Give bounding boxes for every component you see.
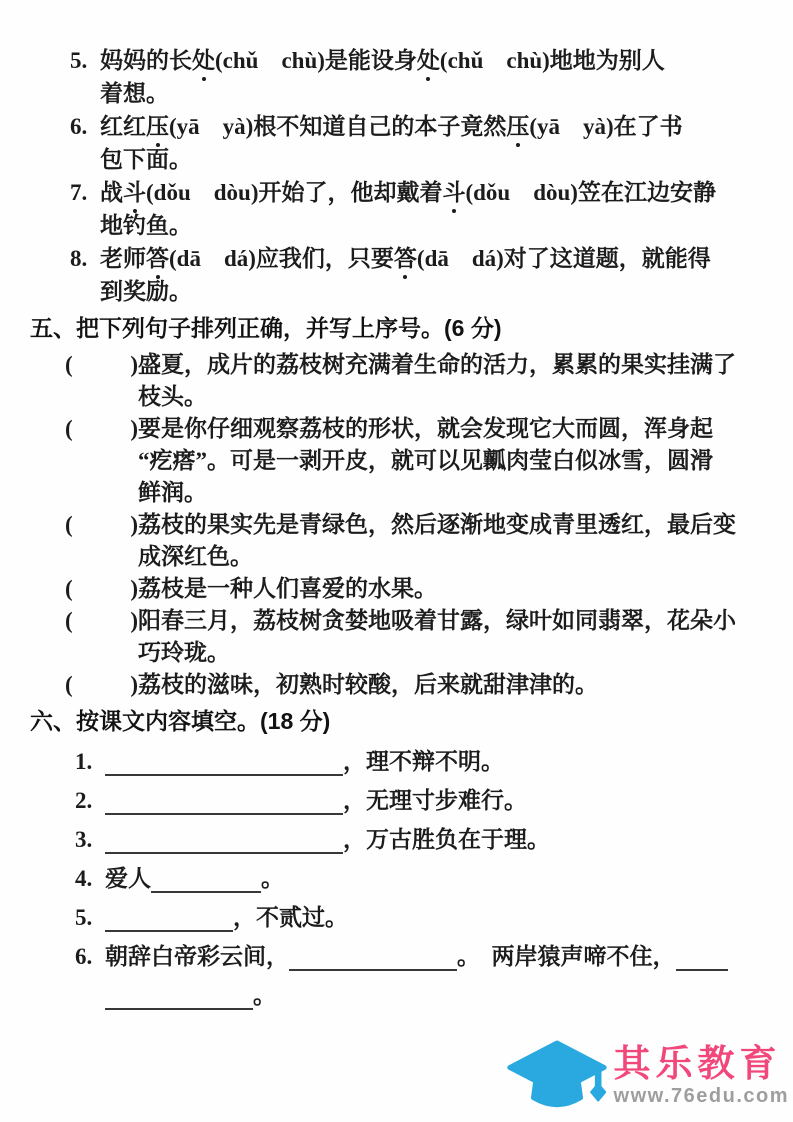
item-number: 5. (75, 898, 105, 937)
text-line: 3.，万古胜负在于理。 (30, 820, 773, 859)
text-line: ()荔枝的果实先是青绿色，然后逐渐地变成青里透红，最后变 (30, 509, 773, 541)
item-number: 8. (70, 242, 100, 275)
section-four-items: 5.妈妈的长处(chǔ chù)是能设身处(chǔ chù)地地为别人着想。6.… (30, 44, 773, 308)
text-line: 巧玲珑。 (30, 637, 773, 669)
question-item: ()荔枝的果实先是青绿色，然后逐渐地变成青里透红，最后变成深红色。 (30, 509, 773, 573)
question-item: ()要是你仔细观察荔枝的形状，就会发现它大而圆，浑身起“疙瘩”。可是一剥开皮，就… (30, 413, 773, 509)
item-number: 3. (75, 820, 105, 859)
answer-blank[interactable] (676, 947, 728, 971)
item-number: 6. (70, 110, 100, 143)
answer-parens[interactable]: () (65, 349, 138, 381)
emphasized-char: 压 (506, 110, 529, 143)
section-five-title: 五、把下列句子排列正确，并写上序号。(6 分) (30, 310, 773, 347)
text-line: ()盛夏，成片的荔枝树充满着生命的活力，累累的果实挂满了 (30, 349, 773, 381)
logo-url: www.76edu.com (614, 1084, 789, 1108)
question-item: 1.，理不辩不明。 (30, 742, 773, 781)
emphasized-char: 斗 (442, 176, 465, 209)
question-item: ()阳春三月，荔枝树贪婪地吸着甘露，绿叶如同翡翠，花朵小巧玲珑。 (30, 605, 773, 669)
question-item: 2.，无理寸步难行。 (30, 781, 773, 820)
emphasized-char: 压 (146, 110, 169, 143)
item-number: 6. (75, 937, 105, 976)
question-item: ()荔枝的滋味，初熟时较酸，后来就甜津津的。 (30, 669, 773, 701)
emphasized-char: 处 (192, 44, 215, 77)
text-line: 到奖励。 (30, 275, 773, 308)
text-line: 6.朝辞白帝彩云间，。 两岸猿声啼不住， (30, 937, 773, 976)
worksheet-content: 5.妈妈的长处(chǔ chù)是能设身处(chǔ chù)地地为别人着想。6.… (0, 0, 793, 1015)
question-item: ()荔枝是一种人们喜爱的水果。 (30, 573, 773, 605)
logo-text: 其乐教育 www.76edu.com (614, 1044, 789, 1108)
text-line: 地钓鱼。 (30, 209, 773, 242)
section-five-items: ()盛夏，成片的荔枝树充满着生命的活力，累累的果实挂满了枝头。()要是你仔细观察… (30, 349, 773, 701)
text-line: ()荔枝的滋味，初熟时较酸，后来就甜津津的。 (30, 669, 773, 701)
question-item: 5.，不贰过。 (30, 898, 773, 937)
question-item: 4.爱人。 (30, 859, 773, 898)
question-item: 3.，万古胜负在于理。 (30, 820, 773, 859)
text-line: 枝头。 (30, 381, 773, 413)
item-number: 2. (75, 781, 105, 820)
answer-blank[interactable] (151, 869, 261, 893)
item-number: 5. (70, 44, 100, 77)
text-line: 成深红色。 (30, 541, 773, 573)
answer-parens[interactable]: () (65, 573, 138, 605)
text-line: 6.红红压(yā yà)根不知道自己的本子竟然压(yā yà)在了书 (30, 110, 773, 143)
answer-blank[interactable] (105, 908, 233, 932)
item-number: 1. (75, 742, 105, 781)
answer-blank[interactable] (105, 752, 343, 776)
emphasized-char: 答 (394, 242, 417, 275)
answer-parens[interactable]: () (65, 669, 138, 701)
question-item: 6.红红压(yā yà)根不知道自己的本子竟然压(yā yà)在了书包下面。 (30, 110, 773, 176)
emphasized-char: 斗 (123, 176, 146, 209)
text-line: 4.爱人。 (30, 859, 773, 898)
text-line: ()荔枝是一种人们喜爱的水果。 (30, 573, 773, 605)
question-item: 7.战斗(dǒu dòu)开始了，他却戴着斗(dǒu dòu)笠在江边安静地钓鱼… (30, 176, 773, 242)
text-line: 5.妈妈的长处(chǔ chù)是能设身处(chǔ chù)地地为别人 (30, 44, 773, 77)
emphasized-char: 处 (417, 44, 440, 77)
answer-blank[interactable] (105, 830, 343, 854)
answer-parens[interactable]: () (65, 413, 138, 445)
question-item: 5.妈妈的长处(chǔ chù)是能设身处(chǔ chù)地地为别人着想。 (30, 44, 773, 110)
text-line: “疙瘩”。可是一剥开皮，就可以见瓤肉莹白似冰雪，圆滑 (30, 445, 773, 477)
text-line: 包下面。 (30, 143, 773, 176)
logo-name: 其乐教育 (614, 1044, 789, 1084)
item-number: 4. (75, 859, 105, 898)
text-line: 着想。 (30, 77, 773, 110)
text-line: 5.，不贰过。 (30, 898, 773, 937)
text-line: 鲜润。 (30, 477, 773, 509)
section-six-title: 六、按课文内容填空。(18 分) (30, 703, 773, 740)
answer-blank[interactable] (105, 986, 253, 1010)
section-six-items: 1.，理不辩不明。2.，无理寸步难行。3.，万古胜负在于理。4.爱人。5.，不贰… (30, 742, 773, 1015)
text-line: ()要是你仔细观察荔枝的形状，就会发现它大而圆，浑身起 (30, 413, 773, 445)
text-line: 7.战斗(dǒu dòu)开始了，他却戴着斗(dǒu dòu)笠在江边安静 (30, 176, 773, 209)
emphasized-char: 答 (146, 242, 169, 275)
question-item: ()盛夏，成片的荔枝树充满着生命的活力，累累的果实挂满了枝头。 (30, 349, 773, 413)
item-number: 7. (70, 176, 100, 209)
text-line: 。 (30, 976, 773, 1015)
worksheet-page: 5.妈妈的长处(chǔ chù)是能设身处(chǔ chù)地地为别人着想。6.… (0, 0, 793, 1122)
question-item: 6.朝辞白帝彩云间，。 两岸猿声啼不住，。 (30, 937, 773, 1015)
answer-parens[interactable]: () (65, 605, 138, 637)
text-line: 8.老师答(dā dá)应我们，只要答(dā dá)对了这道题，就能得 (30, 242, 773, 275)
question-item: 8.老师答(dā dá)应我们，只要答(dā dá)对了这道题，就能得到奖励。 (30, 242, 773, 308)
text-line: ()阳春三月，荔枝树贪婪地吸着甘露，绿叶如同翡翠，花朵小 (30, 605, 773, 637)
answer-blank[interactable] (289, 947, 457, 971)
graduation-cap-icon (504, 1038, 610, 1114)
answer-blank[interactable] (105, 791, 343, 815)
answer-parens[interactable]: () (65, 509, 138, 541)
text-line: 1.，理不辩不明。 (30, 742, 773, 781)
text-line: 2.，无理寸步难行。 (30, 781, 773, 820)
site-logo: 其乐教育 www.76edu.com (504, 1038, 789, 1114)
